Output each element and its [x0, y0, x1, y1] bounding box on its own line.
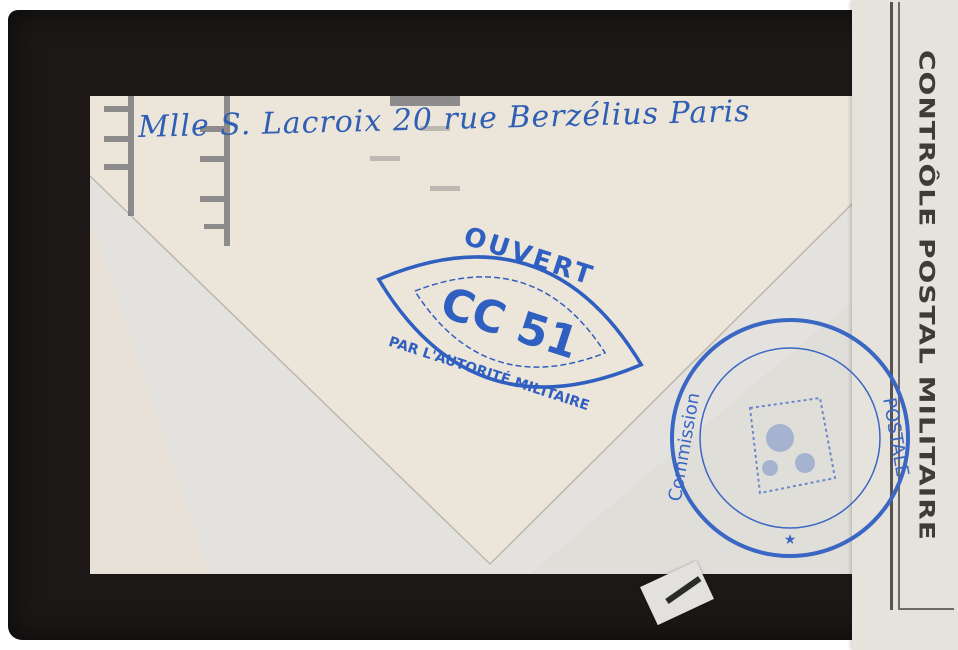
- strip-border-line: [890, 2, 893, 610]
- strip-border-line: [898, 608, 954, 610]
- strip-border-line: [898, 2, 900, 610]
- envelope-paper: Mlle S. Lacroix 20 rue Berzélius Paris: [90, 96, 870, 574]
- patch-mark: [665, 576, 701, 604]
- machine-cancel-marks: [90, 96, 870, 574]
- censor-tape-strip: CONTRÔLE POSTAL MILITAIRE: [852, 0, 958, 650]
- envelope-back: Mlle S. Lacroix 20 rue Berzélius Paris: [8, 10, 888, 640]
- censor-strip-text: CONTRÔLE POSTAL MILITAIRE: [914, 50, 939, 541]
